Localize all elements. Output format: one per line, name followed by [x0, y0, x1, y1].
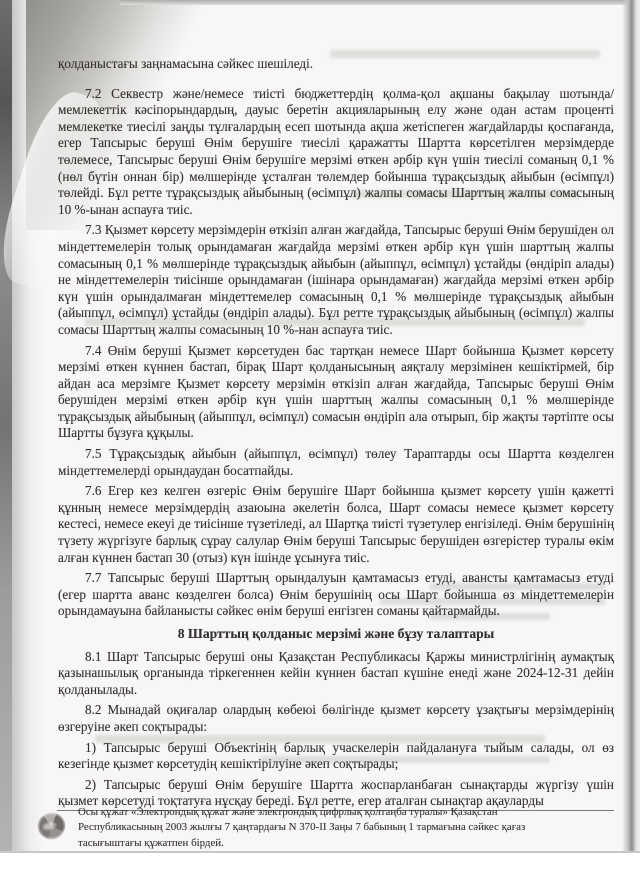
scan-top-edge: [120, 0, 640, 5]
paragraph: 7.2 Секвестр және/немесе тиісті бюджетте…: [58, 86, 614, 219]
paragraph: 7.3 Қызмет көрсету мерзімдерін өткізіп а…: [58, 222, 614, 338]
esignature-footer-text: Осы құжат «Электрондық құжат және электр…: [78, 806, 525, 849]
scan-right-edge: [622, 0, 640, 851]
paragraph: 7.5 Тұрақсыздық айыбын (айыппұл, өсімпұл…: [58, 446, 614, 479]
contract-text-body: қолданыстағы заңнамасына сәйкес шешіледі…: [58, 56, 614, 814]
scanned-page: қолданыстағы заңнамасына сәйкес шешіледі…: [0, 0, 640, 853]
paragraph: 7.7 Тапсырыс беруші Шарттың орындалуын қ…: [58, 570, 614, 620]
paragraph: қолданыстағы заңнамасына сәйкес шешіледі…: [58, 56, 614, 73]
paragraph: 7.6 Егер кез келген өзгеріс Өнім берушіг…: [58, 483, 614, 566]
esignature-footer: Осы құжат «Электрондық құжат және электр…: [78, 805, 560, 851]
paragraph: 8.1 Шарт Тапсырыс беруші оны Қазақстан Р…: [58, 649, 614, 699]
paragraph: 7.4 Өнім беруші Қызмет көрсетуден бас та…: [58, 343, 614, 443]
paragraph: 1) Тапсырыс беруші Объектінің барлық уча…: [58, 740, 614, 773]
paragraph: 8.2 Мынадай оқиғалар олардың көбеюі бөлі…: [58, 702, 614, 735]
section-heading: 8 Шарттың қолданыс мерзімі және бұзу тал…: [58, 626, 614, 643]
